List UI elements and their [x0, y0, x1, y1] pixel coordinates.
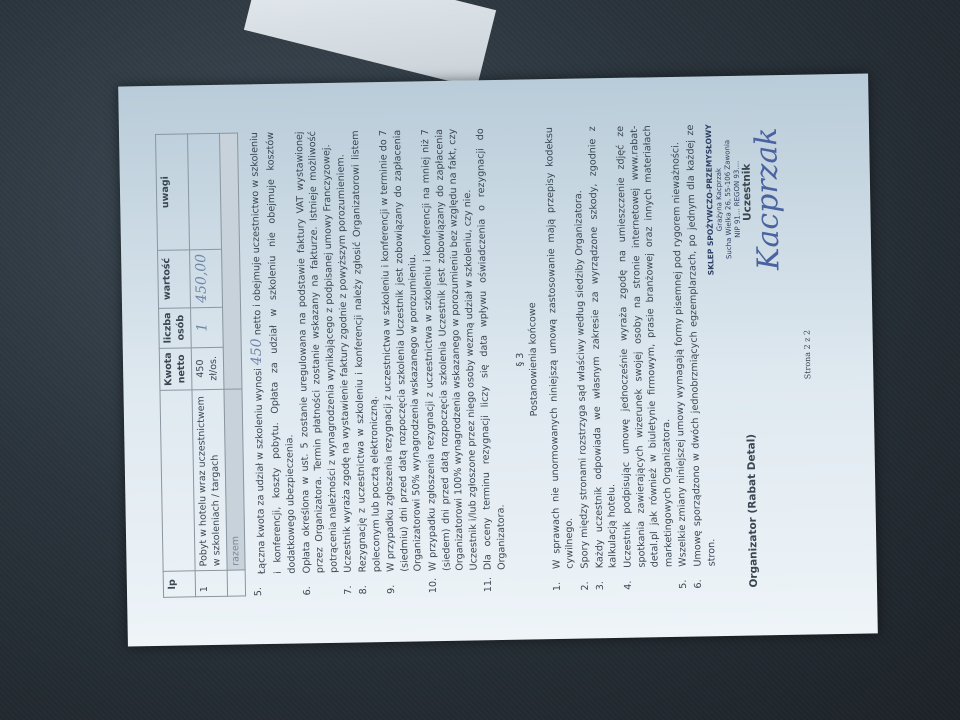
document-page: lp Kwota netto liczba osób wartość uwagi…	[118, 73, 878, 646]
handwritten-signature: Kacprzak	[747, 123, 789, 275]
pricing-table: lp Kwota netto liczba osób wartość uwagi…	[155, 132, 247, 597]
header-liczba: liczba osób	[159, 308, 192, 348]
total-label: razem	[224, 389, 246, 570]
header-uwagi: uwagi	[156, 134, 190, 250]
cell-liczba: 1	[191, 307, 224, 347]
cell-uwagi	[187, 133, 221, 249]
section2-list: 5.Łączna kwota za udział w szkoleniu wyn…	[244, 128, 509, 596]
stamp-line-2: Grażyna Kacprzak	[715, 168, 724, 231]
item-number: 8.	[357, 578, 384, 594]
cell-kwota: 450 zł/os.	[191, 347, 224, 390]
item-number: 1.	[551, 575, 578, 591]
header-kwota: Kwota netto	[159, 347, 192, 390]
handwritten-amount: 450	[249, 338, 265, 365]
item-number: 10.	[427, 576, 482, 593]
cell-wartosc: 450,00	[189, 249, 222, 308]
header-description	[160, 390, 195, 572]
list-item: 10.W przypadku zgłoszenia rezygnacji z u…	[419, 128, 482, 593]
item-number: 5.	[252, 580, 299, 597]
item-number: 4.	[622, 573, 677, 590]
list-item: 5.Łączna kwota za udział w szkoleniu wyn…	[244, 132, 299, 597]
item-number: 11.	[482, 576, 509, 592]
item-number: 3.	[593, 574, 620, 590]
cell-description: Pobyt w hotelu wraz uczestnictwem w szko…	[192, 389, 227, 571]
stamp-line-1: SKLEP SPOŻYWCZO-PRZEMYSŁOWY	[704, 124, 716, 275]
item-number: 7.	[342, 579, 356, 595]
cell-lp: 1	[195, 570, 227, 596]
header-lp: lp	[163, 571, 195, 597]
total-shaded	[219, 133, 242, 389]
page-number: Strona 2 z 2	[797, 75, 818, 635]
item-number: 6.	[300, 579, 341, 596]
item-text: W przypadku zgłoszenia rezygnacji z ucze…	[419, 128, 481, 571]
item-text: Uczestnik podpisując umowę jednocześnie …	[614, 125, 676, 568]
section3-list: 1.W sprawach nie unormowanych niniejszą …	[543, 124, 719, 591]
list-item: 9.W przypadku zgłoszenia rezygnacji z uc…	[377, 129, 426, 594]
company-stamp: SKLEP SPOŻYWCZO-PRZEMYSŁOWY Grażyna Kacp…	[704, 123, 789, 275]
organizer-label: Organizator (Rabat Detal)	[745, 434, 763, 588]
list-item: 4.Uczestnik podpisując umowę jednocześni…	[614, 125, 677, 590]
stamp-line-3: Sucha Wielka 26, 55-106 Zawonia	[723, 140, 733, 259]
item-number: 9.	[385, 577, 426, 594]
total-empty	[227, 570, 246, 596]
header-wartosc: wartość	[158, 250, 191, 309]
stamp-line-4: NIP 91... REGON 93....	[733, 161, 742, 238]
website-link[interactable]: www.rabat-detal.pl	[628, 125, 660, 567]
list-item: 6.Opłata określona w ust. 5 zostanie ure…	[292, 131, 341, 596]
item-text: Opłata określona w ust. 5 zostanie uregu…	[292, 131, 341, 574]
item-number: 2.	[579, 574, 593, 590]
item-text: W przypadku zgłoszenia rezygnacji z ucze…	[377, 129, 426, 572]
item-number: 6.	[692, 572, 719, 588]
item-text: Łączna kwota za udział w szkoleniu wynos…	[244, 132, 299, 575]
item-number: 5.	[677, 573, 691, 589]
